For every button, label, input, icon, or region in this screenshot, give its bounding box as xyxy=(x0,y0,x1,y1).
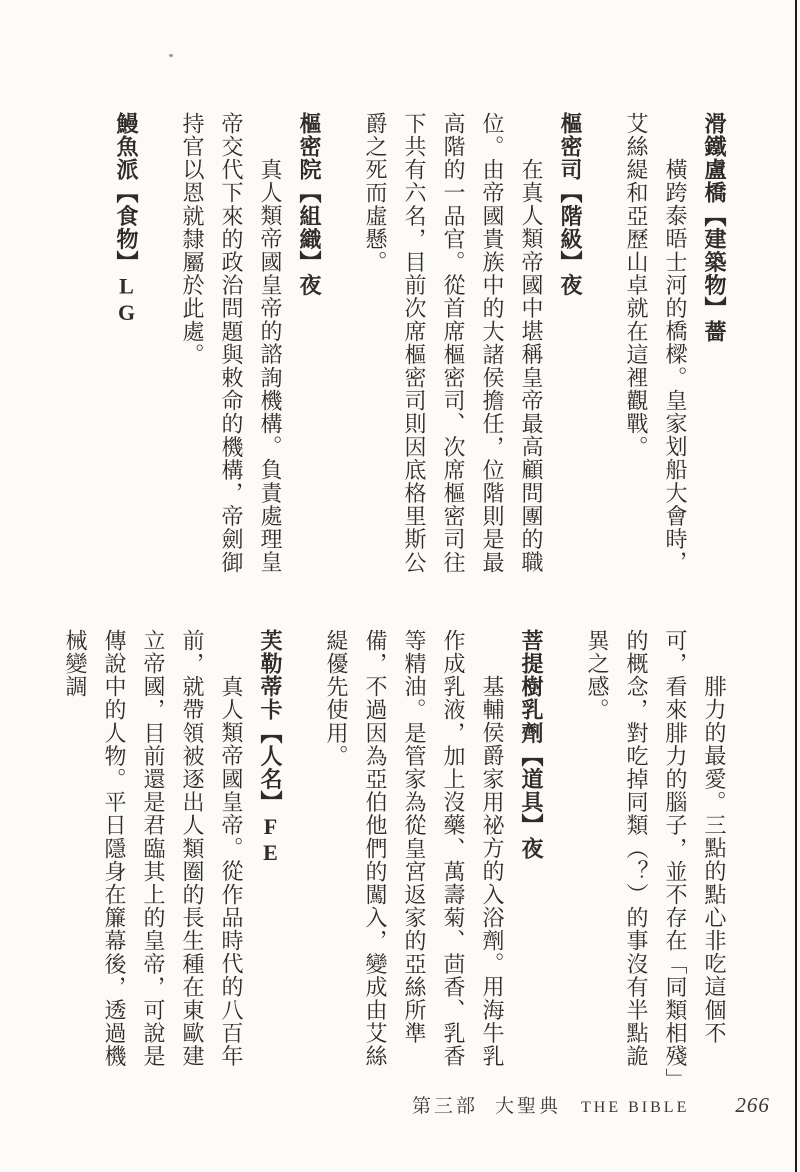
entry-category: 【食物】 xyxy=(114,181,139,273)
glossary-entry-privy-council: 樞密院【組織】夜 真人類帝國皇帝的諮詢機構。負責處理皇帝交代下來的政治問題與敕命… xyxy=(173,112,329,574)
scan-edge-line xyxy=(795,0,797,1172)
entry-tag: LG xyxy=(114,274,139,326)
glossary-top-section: 滑鐵盧橋【建築物】薔 橫跨泰晤士河的橋樑。皇家划船大會時，艾絲緹和亞歷山卓就在這… xyxy=(107,112,734,574)
entry-heading: 芙勒蒂卡【人名】FE xyxy=(251,629,290,1089)
entry-heading: 樞密司【階級】夜 xyxy=(551,112,590,574)
entry-heading: 滑鐵盧橋【建築物】薔 xyxy=(695,112,734,574)
entry-term: 芙勒蒂卡 xyxy=(258,629,283,721)
glossary-entry-privy-councillor: 樞密司【階級】夜 在真人類帝國中堪稱皇帝最高顧問團的職位。由帝國貴族中的大諸侯擔… xyxy=(356,112,590,574)
entry-heading: 鰻魚派【食物】LG xyxy=(107,112,146,574)
entry-term: 滑鐵盧橋 xyxy=(702,112,727,204)
entry-tag: FE xyxy=(258,814,283,866)
entry-body: 基輔侯爵家用祕方的入浴劑。用海牛乳作成乳液，加上沒藥、萬壽菊、茴香、乳香等精油。… xyxy=(317,629,512,1089)
entry-category: 【組織】 xyxy=(297,181,322,273)
glossary-entry-fleurtica: 芙勒蒂卡【人名】FE 真人類帝國皇帝。從作品時代的八百年前，就帶領被逐出人類圈的… xyxy=(56,629,290,1089)
glossary-entry-linden-lotion: 菩提樹乳劑【道具】夜 基輔侯爵家用祕方的入浴劑。用海牛乳作成乳液，加上沒藥、萬壽… xyxy=(317,629,551,1089)
book-page: 滑鐵盧橋【建築物】薔 橫跨泰晤士河的橋樑。皇家划船大會時，艾絲緹和亞歷山卓就在這… xyxy=(0,0,800,1172)
entry-category: 【道具】 xyxy=(519,745,544,837)
entry-term: 菩提樹乳劑 xyxy=(519,629,544,745)
entry-term: 樞密司 xyxy=(558,112,583,181)
entry-body: 橫跨泰晤士河的橋樑。皇家划船大會時，艾絲緹和亞歷山卓就在這裡觀戰。 xyxy=(617,112,695,574)
dust-speck xyxy=(169,54,173,57)
entry-category: 【人名】 xyxy=(258,721,283,813)
page-footer: 第三部 大聖典 THE BIBLE 266 xyxy=(412,1091,770,1118)
entry-body: 在真人類帝國中堪稱皇帝最高顧問團的職位。由帝國貴族中的大諸侯擔任，位階則是最高階… xyxy=(356,112,551,574)
entry-tag: 夜 xyxy=(297,274,322,297)
glossary-entry-eel-pie-continuation: 腓力的最愛。三點的點心非吃這個不可，看來腓力的腦子，並不存在「同類相殘」的概念，… xyxy=(578,629,734,1089)
entry-tag: 夜 xyxy=(558,274,583,297)
glossary-entry-waterloo-bridge: 滑鐵盧橋【建築物】薔 橫跨泰晤士河的橋樑。皇家划船大會時，艾絲緹和亞歷山卓就在這… xyxy=(617,112,734,574)
entry-term: 鰻魚派 xyxy=(114,112,139,181)
entry-body: 真人類帝國皇帝。從作品時代的八百年前，就帶領被逐出人類圈的長生種在東歐建立帝國，… xyxy=(56,629,251,1089)
footer-part-label: 第三部 xyxy=(412,1091,478,1118)
glossary-entry-eel-pie: 鰻魚派【食物】LG xyxy=(107,112,146,574)
entry-term: 樞密院 xyxy=(297,112,322,181)
footer-book-title-english: THE BIBLE xyxy=(581,1099,689,1117)
entry-tag: 薔 xyxy=(702,320,727,343)
entry-heading: 樞密院【組織】夜 xyxy=(290,112,329,574)
footer-book-title: 大聖典 xyxy=(495,1091,561,1118)
entry-category: 【階級】 xyxy=(558,181,583,273)
entry-body-continuation: 腓力的最愛。三點的點心非吃這個不可，看來腓力的腦子，並不存在「同類相殘」的概念，… xyxy=(578,629,734,1089)
entry-body: 真人類帝國皇帝的諮詢機構。負責處理皇帝交代下來的政治問題與敕命的機構，帝劍御持官… xyxy=(173,112,290,574)
entry-heading: 菩提樹乳劑【道具】夜 xyxy=(512,629,551,1089)
page-number: 266 xyxy=(735,1093,770,1118)
entry-tag: 夜 xyxy=(519,837,544,860)
entry-category: 【建築物】 xyxy=(702,204,727,320)
glossary-bottom-section: 腓力的最愛。三點的點心非吃這個不可，看來腓力的腦子，並不存在「同類相殘」的概念，… xyxy=(56,629,734,1089)
